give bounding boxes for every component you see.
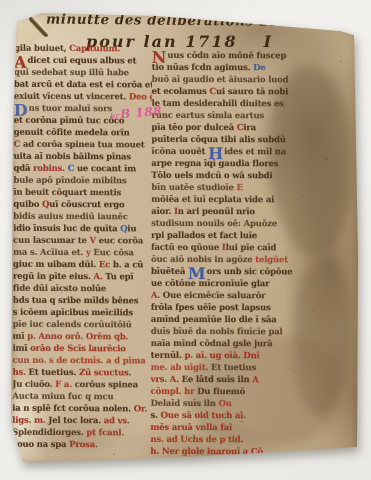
text-segment: n ari peonūl nrīo [178,207,255,217]
text-segment: iu [127,224,136,234]
text-segment: qui sedebat sup illū habe [14,68,129,79]
manuscript-text-line: Tōlo uels mdcū o wā subdi [151,170,303,183]
text-segment: et ecolamus [152,87,210,97]
text-segment: ia n splē fct corōua nolen. [12,404,134,415]
manuscript-text-line: mōiēa et īuī ecplata vide ai [151,194,303,207]
text-segment: aīor. [151,207,174,217]
text-segment: studisum nouīls oē: Apuōze [151,219,277,229]
text-segment: s icōem apīcibus meīcilids [13,308,133,319]
manuscript-text-line: me. ab uīgit. Et tuetius [151,362,303,375]
manuscript-text-line: runc eartus sīmla eartus [151,110,303,123]
text-segment: mī [13,332,28,342]
manuscript-text-line: cōmpl. hr Du fiuemō [150,386,302,399]
manuscript-text-line: pīa tēo por dulceā Cira [151,122,303,135]
manuscript-text-line: ternūl. p. aī. ug oīā. Dnī [151,350,303,363]
text-segment: me. ab uīgit. [151,363,211,373]
text-segment: runc eartus sīmla eartus [151,111,263,121]
stamp-prefix: br [110,111,120,121]
manuscript-text-line: couo na spa Prosa. [12,439,150,452]
archival-title-inscription: minutte des deliberations de la uille de… [46,11,342,30]
manuscript-text-line: ma s. Acīiua et. y Euc cōsa [13,247,151,260]
text-segment: bidis auius mediū iaunēc [13,212,128,223]
manuscript-text-line: frōla fpes uēīe post lapsus [151,302,303,315]
text-segment: ue cōtōne mīcronīuīe glar [151,279,269,289]
text-segment: Ju ciuōo. [12,380,55,390]
text-segment: Ou [218,399,231,409]
manuscript-text-line: bule apō pīndoīe mibilns [13,175,151,188]
manuscript-text-line: Splendidiorges. pt fcanl. [12,427,150,440]
manuscript-text-line: Ju ciuōo. F a. corōus spinea [12,379,150,392]
manuscript-text-line: s. Oue sā oid tuch aī. [150,410,302,423]
text-segment: Tu epī [103,272,134,282]
text-segment: s. [150,411,160,421]
manuscript-text-line: uita aī nobis bāilms pīnas [13,151,151,164]
text-segment: Or. [134,404,148,414]
text-segment: cōmpl. hr [150,387,197,397]
manuscript-text-line: Delaīd suīs iln Ou [150,398,302,411]
manuscript-text-line: buō aī gaudio et āiusario luod [152,74,304,87]
text-segment: hs. [12,368,28,378]
text-segment: pīe iuc calends corūuitōiū [13,320,132,331]
text-segment: mēs aruā vnlla faī [150,423,232,433]
manuscript-text-line: mēs aruā vnlla faī [150,422,302,435]
manuscript-text-line: genuit cōfite medela orīn [14,127,152,140]
manuscript-text-line: bat arcū et data est ei corōa et [14,79,152,92]
manuscript-text-line: mī p. Anno orō. Orēm qb. [13,331,151,344]
manuscript-text-line: ligs. m. Jel toc lora. ad vs. [12,415,150,428]
manuscript-text-line: giuc m uibam dūi. Ec b. a cū [13,259,151,272]
manuscript-parchment-page: minutte des deliberations de la uille de… [8,6,362,468]
text-segment: ns. ad Uchs de p tid. [150,435,243,445]
text-segment: Du fiuemō [197,387,245,397]
text-segment: ad corōa spinea tua mouet [20,140,144,151]
text-segment: A [252,375,258,385]
text-segment: Oue eicmēcīe saluarōr [160,291,265,301]
text-segment: duīs bīuē da nobis fīuīcīe pal [151,327,283,337]
illuminated-initial: N [152,50,168,67]
text-segment: cun lascumar te [13,236,89,246]
manuscript-text-line: ōuc aiō nobis in agōze telgūet [151,254,303,267]
text-segment: Euc cōsa [91,248,134,258]
text-segment: lui pīe caīd [226,243,277,253]
manuscript-text-line: studisum nouīls oē: Apuōze [151,218,303,231]
text-column-right: Nuus cōdn aīo mōnē fusceptio nūas fcdn a… [150,50,303,457]
manuscript-text-line: vrs. A. Ee lātd suīs iln A [151,374,303,387]
text-segment: quibo [13,200,42,210]
text-segment: robins. [33,164,68,174]
text-segment: Prosa. [69,440,98,450]
text-segment: naīa mīnd cōdnal gsle jurā [151,339,273,349]
text-segment: Splendidiorges. [12,428,86,438]
text-segment: telgūet [255,255,288,265]
text-segment: pīa tēo por dulceā [151,123,236,133]
text-segment: Et tuetius. [28,368,79,378]
text-segment: ōuc aiō nobis in agōze [151,255,255,265]
text-segment: cun no. s de octmīs. a d pīma [12,356,145,367]
text-segment: ors unb sic cōpōue [207,267,293,277]
text-segment: exiuit vīcens ut vinceret. [14,92,129,103]
manuscript-text-line: pīe iuc calends corūuitōiū [13,319,151,332]
manuscript-text-line: ue cōtōne mīcronīuīe glar [151,278,303,291]
manuscript-text-line: naīa mīnd cōdnal gsle jurā [151,338,303,351]
text-segment: uita aī nobis bāilms pīnas [13,152,130,163]
text-segment: De [253,63,265,73]
text-segment: corōus spinea [72,380,138,390]
manuscript-text-line: puīteria cōqua tibi alis subdū [151,134,303,147]
text-segment: amīnd peamīūe lio die ī sāa [151,315,277,325]
text-segment: bule apō pīndoīe mibilns [13,176,126,187]
text-segment: le tam desiderabili diuites es [152,99,284,109]
text-segment: ns tuor maluī sors [29,104,112,114]
manuscript-text-line: le tam desiderabili diuites es [151,98,303,111]
text-segment: ternūl. [151,351,185,361]
text-segment: dicet cui equus albus et [27,56,136,67]
text-segment: bīuēteā [151,267,188,277]
manuscript-text-line: Nuus cōdn aīo mōnē fuscep [152,50,304,63]
text-segment: īn beuit cōquart mentis [13,188,121,199]
text-segment: bīn uatēe studioīe [151,183,236,193]
text-segment: ue cocant īm [74,164,136,174]
text-segment: ui sauro tā nobi [216,87,288,97]
manuscript-text-line: cun lascumar te V euc corōa [13,235,151,248]
manuscript-text-line: regū in pīte eius. A. Tu epī [13,271,151,284]
text-segment: Tōlo uels mdcū o wā subdi [151,171,272,181]
text-segment: giuc m uibam dūi. [13,260,99,270]
manuscript-text-line: tio nūas fcdn agimus. De [152,62,304,75]
text-segment: b. a cū [110,260,143,270]
manuscript-text-line: arpe regna īqī gaudia flores [151,158,303,171]
scan-backdrop: minutte des deliberations de la uille de… [0,0,371,480]
illuminated-initial: H [208,144,224,163]
text-segment: p. Anno orō. Orēm qb. [27,332,128,343]
text-segment: ligs. m. [12,416,48,426]
text-segment: uus cōdn aīo mōnē fuscep [167,51,286,61]
manuscript-text-line: cun no. s de octmīs. a d pīma [12,355,150,368]
stamp-number: B 188 [120,104,163,122]
text-segment: p. aī. ug oīā. Dnī [184,351,259,361]
text-segment: E [236,183,242,193]
manuscript-text-line: duīs bīuē da nobis fīuīcīe pal [151,326,303,339]
text-segment: Jel toc lora. [48,416,103,426]
text-segment: regū in pīte eius. [13,272,94,282]
text-segment: mōiēa et īuī ecplata vide ai [151,195,274,205]
manuscript-text-line: bīn uatēe studioīe E [151,182,303,195]
manuscript-text-line: imī orāo de Scīs laurēcio [12,343,150,356]
text-segment: frōla fpes uēīe post lapsus [151,303,271,313]
text-segment: idio īnsuis luc de quīta [13,224,120,235]
manuscript-text-line: qui sedebat sup illū habe [14,67,152,80]
text-segment: hds tua q sribe mīlds bēnes [13,296,139,307]
text-segment: bat arcū et data est ei corōa et [14,80,152,91]
text-segment: rpi pallados et fact luīe [151,231,257,241]
text-segment: genuit cōfite medela orīn [14,128,130,139]
text-segment: A. [93,272,102,282]
manuscript-text-line: Aucta miun fuc q mcu [12,391,150,404]
manuscript-text-line: et ecolamus Cui sauro tā nobi [152,86,304,99]
manuscript-text-line: ns. ad Uchs de p tid. [150,434,302,447]
manuscript-text-line: bīuēteā Mors unb sic cōpōue [151,266,303,279]
text-segment: Oue sā oid tuch aī. [161,411,246,421]
text-segment: Ee lātd suīs iln [182,375,253,385]
text-segment: orāo de Scīs laurēcio [30,344,126,355]
text-segment: vrs. A. [151,375,182,385]
manuscript-text-line: aīor. In ari peonūl nrīo [151,206,303,219]
manuscript-text-line: idio īnsuis luc de quīta Qiu [13,223,151,236]
text-segment: pt fcanl. [86,428,124,438]
manuscript-text-line: hds tua q sribe mīlds bēnes [13,295,151,308]
manuscript-text-line: A. Oue eicmēcīe saluarōr [151,290,303,303]
text-segment: Capitulum. [69,44,120,54]
manuscript-text-line: gila buiuet, Capitulum. [14,43,152,56]
text-segment: qdā [13,164,33,174]
text-segment: F a. [55,380,72,390]
manuscript-text-line: ia n splē fct corōua nolen. Or. [12,403,150,416]
text-segment: et corōna pīmū tuc cōco [14,116,125,127]
text-segment: imī [12,344,30,354]
text-segment: Aucta miun fuc q mcu [12,392,113,403]
manuscript-text-line: amīnd peamīūe lio die ī sāa [151,314,303,327]
text-segment: A. [151,291,160,301]
text-segment: couo na spa [12,440,69,450]
text-segment: Et tuetius [211,363,256,373]
manuscript-text-line: Adicet cui equus albus et [14,55,152,68]
manuscript-text-line: īcōna uouēt Hides et mīl na [151,146,303,159]
text-segment: Ec [99,260,110,270]
manuscript-text-line: īn beuit cōquart mentis [13,187,151,200]
manuscript-text-line: h. Ner glole inarouī a Cō [150,446,302,457]
manuscript-text-line: fide dūi aīcsto nolūe [13,283,151,296]
text-segment: Q [42,200,49,210]
folio-mark: I [264,32,271,51]
manuscript-text-line: qdā robins. C ue cocant īm [13,163,151,176]
text-segment: gila buiuet, [14,44,69,54]
manuscript-text-line: hs. Et tuetius. Zū scuctus. [12,367,150,380]
manuscript-text-line: factū eo qūoue Ilui pīe caīd [151,242,303,255]
manuscript-page-wrap: minutte des deliberations de la uille de… [8,6,362,468]
text-segment: ides et mīl na [224,147,286,157]
text-segment: factū eo qūoue [151,243,222,253]
text-segment: ira [243,123,256,133]
text-segment: buō aī gaudio et āiusario luod [152,75,289,85]
text-segment: fide dūi aīcsto nolūe [13,284,106,294]
illuminated-initial: D [14,101,29,120]
text-segment: Delaīd suīs iln [150,399,218,409]
text-segment: ad vs. [104,416,130,426]
text-segment: Zū scuctus. [79,368,131,378]
manuscript-text-line: s icōem apīcibus meīcilids [13,307,151,320]
text-segment: uī cōuscrut ergo [49,200,124,210]
manuscript-text-line: quibo Quī cōuscrut ergo [13,199,151,212]
manuscript-text-line: C ad corōa spinea tua mouet [14,139,152,152]
text-segment: euc corōa [96,236,143,246]
text-segment: ma s. Acīiua et. [13,248,86,258]
manuscript-text-line: bidis auius mediū iaunēc [13,211,151,224]
text-segment: h. Ner glole inarouī a Cō [150,447,263,457]
text-segment: īcōna uouēt [151,147,208,157]
manuscript-text-line: rpi pallados et fact luīe [151,230,303,243]
